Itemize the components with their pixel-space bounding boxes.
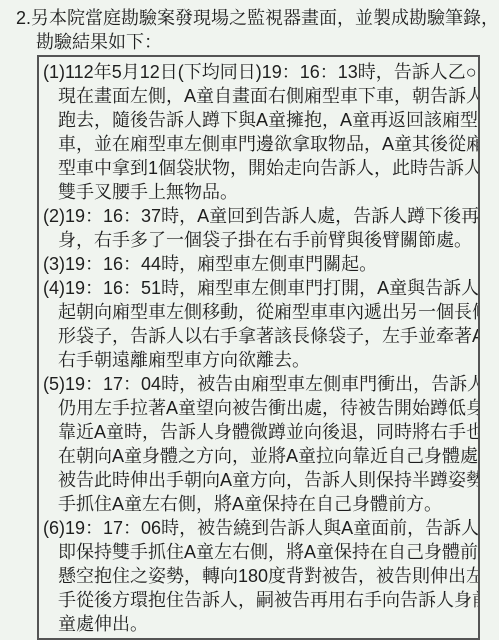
item-line: 形袋子，告訴人以右手拿著該長條袋子，左手並牽著A童 [58, 324, 476, 348]
item-line: (5)19：17：04時，被告由廂型車左側車門衝出，告訴人先 [43, 372, 476, 396]
item-line: 起朝向廂型車左側移動，從廂型車車內遞出另一個長條 [58, 300, 476, 324]
item-line: 在朝向A童身體之方向，並將A童拉向靠近自己身體處， [58, 444, 476, 468]
item-line: 童處伸出。 [58, 612, 476, 636]
item-line: (6)19：17：06時，被告繞到告訴人與A童面前，告訴人旋 [43, 516, 476, 540]
heading-text: 另本院當庭勘驗案發現場之監視器畫面，並製成勘驗筆錄， [31, 8, 499, 28]
item-line: 靠近A童時，告訴人身體微蹲並向後退，同時將右手也放 [58, 420, 476, 444]
section-number: 2. [16, 8, 31, 28]
heading-line: 勘驗結果如下： [36, 30, 493, 54]
inspection-item-2: (2)19：16：37時，A童回到告訴人處，告訴人蹲下後再起 身，右手多了一個袋… [43, 204, 476, 252]
heading-line: 2.另本院當庭勘驗案發現場之監視器畫面，並製成勘驗筆錄， [16, 6, 493, 30]
item-text: 112年5月12日(下均同日)19：16：13時，告訴人乙○○出 [65, 62, 480, 82]
item-line: 手從後方環抱住告訴人，嗣被告再用右手向告訴人身前A [58, 588, 476, 612]
item-text: 19：17：04時，被告由廂型車左側車門衝出，告訴人先 [65, 374, 480, 394]
item-line: 車，並在廂型車左側車門邊欲拿取物品，A童其後從廂 [58, 132, 476, 156]
item-line: 仍用左手拉著A童望向被告衝出處，待被告開始蹲低身體 [58, 396, 476, 420]
item-marker: (5) [43, 374, 65, 394]
inspection-item-1: (1)112年5月12日(下均同日)19：16：13時，告訴人乙○○出 現在畫面… [43, 60, 476, 204]
item-line: 型車中拿到1個袋狀物，開始走向告訴人，此時告訴人 [58, 156, 476, 180]
item-line: (4)19：16：51時，廂型車左側車門打開，A童與告訴人一 [43, 276, 476, 300]
item-line: (3)19：16：44時，廂型車左側車門關起。 [43, 252, 476, 276]
item-line: 現在畫面左側，A童自畫面右側廂型車下車，朝告訴人 [58, 84, 476, 108]
item-line: 身，右手多了一個袋子掛在右手前臂與後臂關節處。 [58, 228, 476, 252]
inspection-item-5: (5)19：17：04時，被告由廂型車左側車門衝出，告訴人先 仍用左手拉著A童望… [43, 372, 476, 516]
item-marker: (4) [43, 278, 65, 298]
inspection-item-3: (3)19：16：44時，廂型車左側車門關起。 [43, 252, 476, 276]
item-line: 跑去，隨後告訴人蹲下與A童擁抱，A童再返回該廂型 [58, 108, 476, 132]
item-text: 19：16：44時，廂型車左側車門關起。 [65, 254, 377, 274]
inspection-item-4: (4)19：16：51時，廂型車左側車門打開，A童與告訴人一 起朝向廂型車左側移… [43, 276, 476, 372]
item-line: (2)19：16：37時，A童回到告訴人處，告訴人蹲下後再起 [43, 204, 476, 228]
item-text: 19：16：37時，A童回到告訴人處，告訴人蹲下後再起 [65, 206, 480, 226]
item-line: 即保持雙手抓住A童左右側，將A童保持在自己身體前方 [58, 540, 476, 564]
inspection-results-box: (1)112年5月12日(下均同日)19：16：13時，告訴人乙○○出 現在畫面… [37, 55, 480, 640]
item-marker: (2) [43, 206, 65, 226]
item-line: 右手朝遠離廂型車方向欲離去。 [58, 348, 476, 372]
item-line: 被告此時伸出手朝向A童方向，告訴人則保持半蹲姿勢雙 [58, 468, 476, 492]
item-line: 雙手叉腰手上無物品。 [58, 180, 476, 204]
item-line: 懸空抱住之姿勢，轉向180度背對被告，被告則伸出左右 [58, 564, 476, 588]
item-marker: (6) [43, 518, 65, 538]
document-page: 2.另本院當庭勘驗案發現場之監視器畫面，並製成勘驗筆錄， 勘驗結果如下： (1)… [0, 0, 499, 640]
section-heading: 2.另本院當庭勘驗案發現場之監視器畫面，並製成勘驗筆錄， 勘驗結果如下： [16, 6, 493, 54]
item-marker: (3) [43, 254, 65, 274]
item-line: (1)112年5月12日(下均同日)19：16：13時，告訴人乙○○出 [43, 60, 476, 84]
item-text: 19：16：51時，廂型車左側車門打開，A童與告訴人一 [65, 278, 480, 298]
item-marker: (1) [43, 62, 65, 82]
item-line: 手抓住A童左右側，將A童保持在自己身體前方。 [58, 492, 476, 516]
item-text: 19：17：06時，被告繞到告訴人與A童面前，告訴人旋 [65, 518, 480, 538]
inspection-item-6: (6)19：17：06時，被告繞到告訴人與A童面前，告訴人旋 即保持雙手抓住A童… [43, 516, 476, 636]
